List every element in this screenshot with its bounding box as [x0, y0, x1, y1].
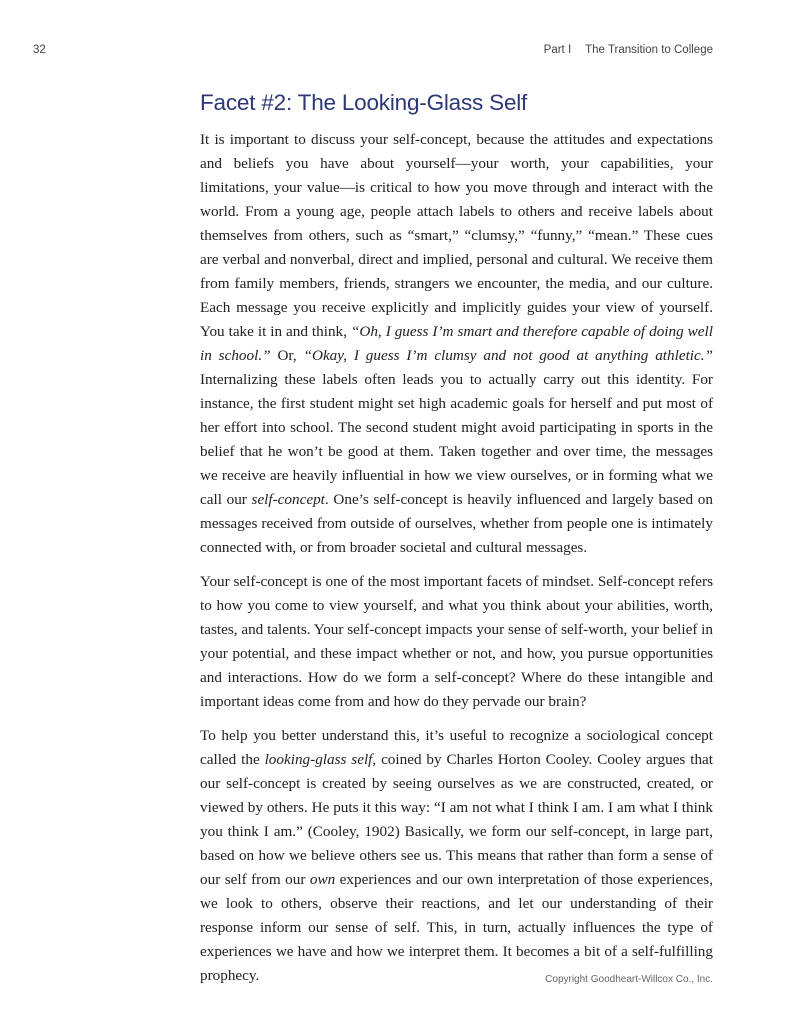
running-head: 32 Part IThe Transition to College [33, 44, 713, 60]
paragraph: To help you better understand this, it’s… [200, 724, 713, 988]
page-body: Facet #2: The Looking-Glass Self It is i… [200, 88, 713, 998]
italic-emphasis: own [310, 871, 335, 888]
italic-term: self-concept [252, 491, 325, 508]
page-number: 32 [33, 44, 46, 56]
text-segment: Internalizing these labels often leads y… [200, 371, 713, 508]
italic-term: looking-glass self [265, 751, 373, 768]
section-heading: Facet #2: The Looking-Glass Self [200, 88, 713, 118]
part-label: Part I [544, 44, 571, 56]
text-segment: It is important to discuss your self-con… [200, 131, 713, 340]
paragraph: Your self-concept is one of the most imp… [200, 570, 713, 714]
paragraph: It is important to discuss your self-con… [200, 128, 713, 560]
copyright-footer: Copyright Goodheart-Willcox Co., Inc. [545, 974, 713, 985]
text-segment: Your self-concept is one of the most imp… [200, 573, 713, 710]
italic-quote: “Okay, I guess I’m clumsy and not good a… [304, 347, 713, 364]
text-segment: , coined by Charles Horton Cooley. Coole… [200, 751, 713, 888]
chapter-title: The Transition to College [585, 44, 713, 56]
running-title: Part IThe Transition to College [544, 44, 713, 56]
text-segment: Or, [271, 347, 304, 364]
